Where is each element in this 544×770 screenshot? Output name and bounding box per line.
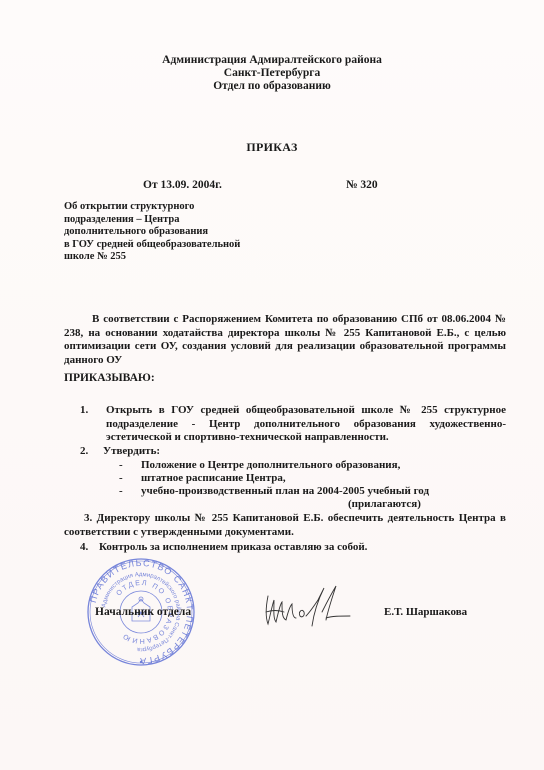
item-number: 1.: [80, 404, 88, 418]
subject-line: дополнительного образования: [64, 226, 240, 239]
signature-scribble-icon: [262, 582, 362, 637]
subject-line: школе № 255: [64, 251, 240, 264]
order-item-2: 2. Утвердить:: [80, 445, 160, 457]
item-text: Утвердить:: [103, 445, 160, 457]
subject-line: подразделения – Центра: [64, 214, 240, 227]
header-city: Санкт-Петербурга: [0, 67, 544, 80]
item-text: Директору школы № 255 Капитановой Е.Б. о…: [64, 512, 506, 538]
approve-list-item: -учебно-производственный план на 2004-20…: [141, 485, 429, 497]
item-text: Контроль за исполнением приказа оставляю…: [99, 541, 367, 553]
approve-list-item: -штатное расписание Центра,: [141, 472, 286, 484]
handwritten-signature: [262, 582, 362, 637]
approve-list-item: -Положение о Центре дополнительного обра…: [141, 459, 400, 471]
order-item-3: 3. Директору школы № 255 Капитановой Е.Б…: [64, 512, 506, 539]
item-text: Открыть в ГОУ средней общеобразовательно…: [106, 404, 506, 445]
order-item-4: 4. Контроль за исполнением приказа остав…: [80, 541, 367, 553]
document-page: Администрация Адмиралтейского района Сан…: [0, 0, 544, 770]
item-number: 3.: [84, 512, 92, 524]
signatory-name: Е.Т. Шаршакова: [384, 606, 467, 618]
preamble-paragraph: В соответствии с Распоряжением Комитета …: [64, 313, 506, 367]
attached-note: (прилагаются): [348, 498, 421, 510]
document-subject: Об открытии структурного подразделения –…: [64, 201, 240, 264]
document-number: № 320: [346, 179, 378, 191]
header-organization: Администрация Адмиралтейского района: [0, 54, 544, 67]
item-number: 4.: [80, 541, 88, 553]
subject-line: Об открытии структурного: [64, 201, 240, 214]
order-item-1: 1. Открыть в ГОУ средней общеобразовател…: [80, 404, 506, 445]
subject-line: в ГОУ средней общеобразовательной: [64, 239, 240, 252]
item-number: 2.: [80, 445, 88, 457]
order-heading: ПРИКАЗЫВАЮ:: [64, 372, 155, 384]
document-date: От 13.09. 2004г.: [143, 179, 222, 191]
signatory-position: Начальник отдела: [95, 606, 191, 618]
header-department: Отдел по образованию: [0, 80, 544, 93]
document-title: ПРИКАЗ: [0, 140, 544, 155]
